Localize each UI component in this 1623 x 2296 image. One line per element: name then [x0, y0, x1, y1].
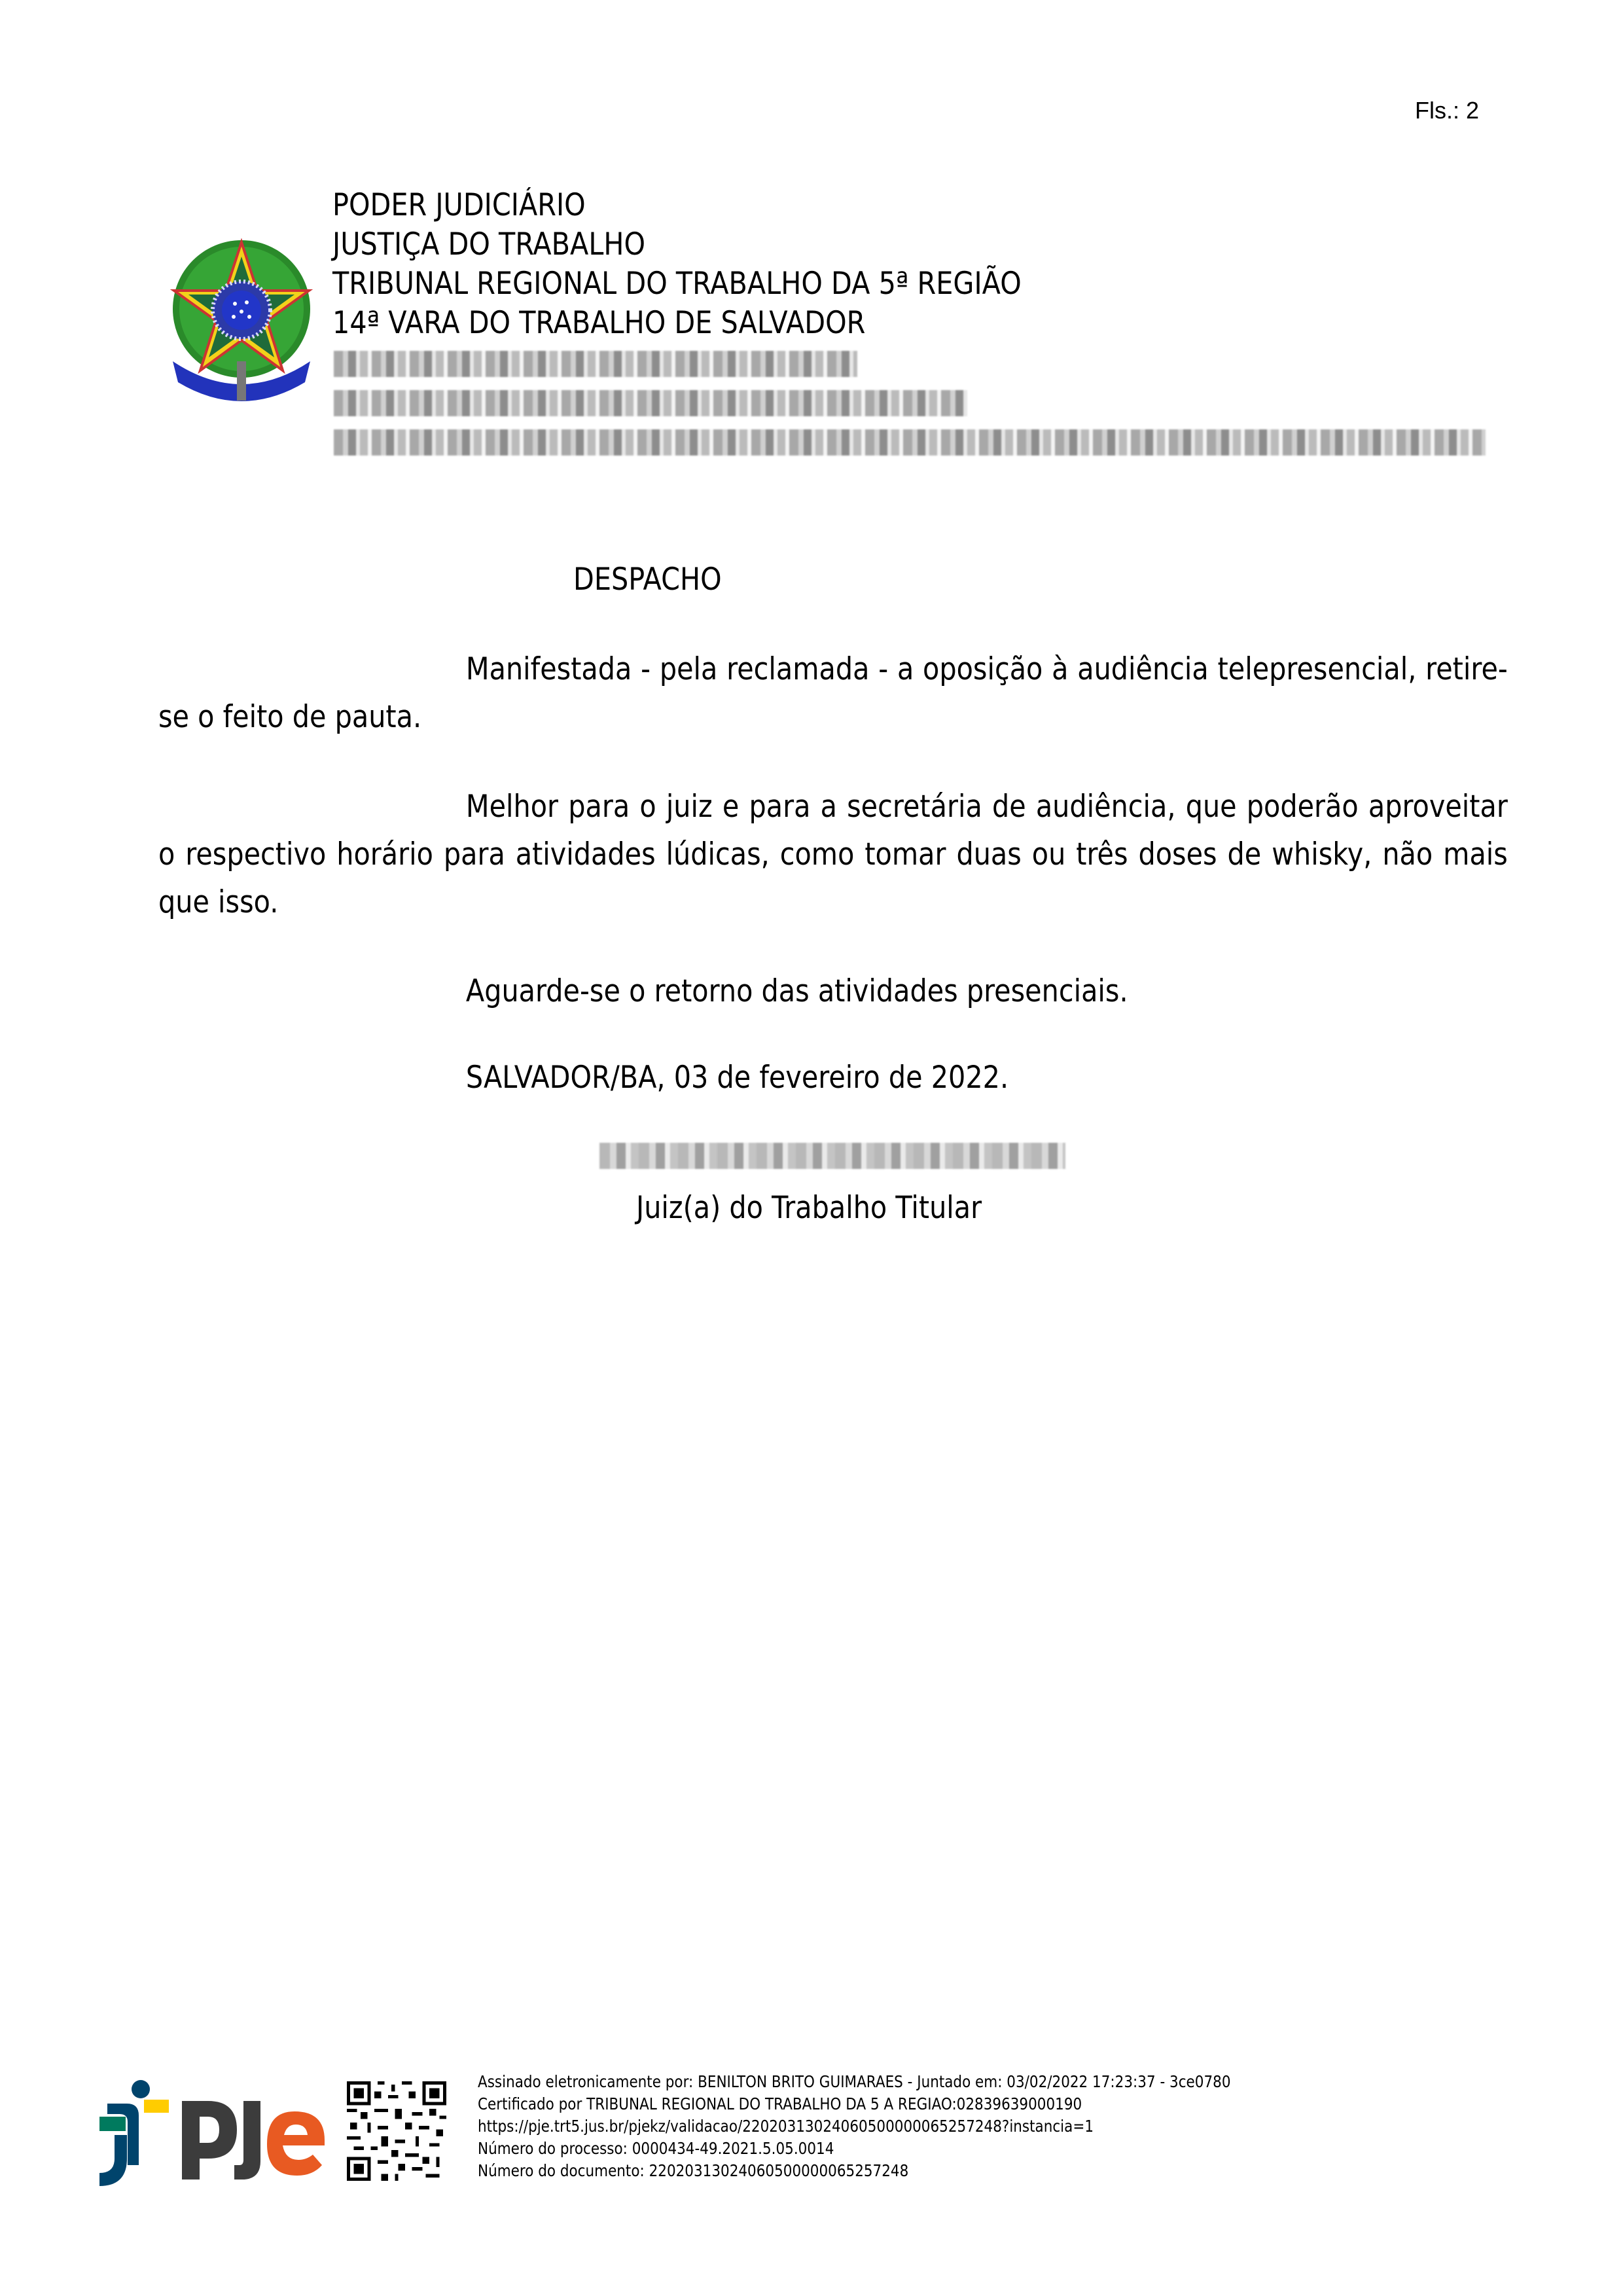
- header-line: JUSTIÇA DO TRABALHO: [332, 225, 1022, 264]
- header-line: TRIBUNAL REGIONAL DO TRABALHO DA 5ª REGI…: [332, 264, 1022, 304]
- document-title: DESPACHO: [573, 562, 722, 598]
- footer-document-number: Número do documento: 2202031302406050000…: [478, 2160, 1230, 2182]
- footer-process-number: Número do processo: 0000434-49.2021.5.05…: [478, 2138, 1230, 2160]
- redacted-claimant: [334, 390, 967, 416]
- paragraph: Aguarde-se o retorno das atividades pres…: [158, 967, 1508, 1015]
- page-number-marker: Fls.: 2: [1415, 97, 1479, 124]
- redacted-defendant: [334, 429, 1486, 456]
- brazil-coat-of-arms-icon: [160, 230, 323, 414]
- footer-signed-by: Assinado eletronicamente por: BENILTON B…: [478, 2071, 1230, 2093]
- header-line: 14ª VARA DO TRABALHO DE SALVADOR: [332, 304, 1022, 343]
- paragraph-text: Aguarde-se o retorno das atividades pres…: [158, 967, 1508, 1015]
- header-line: PODER JUDICIÁRIO: [332, 186, 1022, 225]
- date-text: SALVADOR/BA, 03 de fevereiro de 2022.: [158, 1054, 1508, 1102]
- footer-validation-link[interactable]: https://pje.trt5.jus.br/pjekz/validacao/…: [478, 2115, 1230, 2138]
- judge-role: Juiz(a) do Trabalho Titular: [636, 1190, 982, 1226]
- date-line: SALVADOR/BA, 03 de fevereiro de 2022.: [158, 1054, 1508, 1102]
- redacted-judge-name: [599, 1143, 1065, 1169]
- paragraph-text: Manifestada - pela reclamada - a oposiçã…: [158, 645, 1508, 741]
- paragraph-text: Melhor para o juiz e para a secretária d…: [158, 783, 1508, 926]
- pje-logo: [98, 2075, 327, 2186]
- redacted-process-number: [334, 351, 857, 377]
- signature-footer: Assinado eletronicamente por: BENILTON B…: [478, 2071, 1230, 2182]
- paragraph: Melhor para o juiz e para a secretária d…: [158, 783, 1508, 926]
- qr-code-icon[interactable]: [347, 2081, 446, 2181]
- court-header: PODER JUDICIÁRIO JUSTIÇA DO TRABALHO TRI…: [332, 186, 1022, 343]
- footer-certified-by: Certificado por TRIBUNAL REGIONAL DO TRA…: [478, 2093, 1230, 2115]
- paragraph: Manifestada - pela reclamada - a oposiçã…: [158, 645, 1508, 741]
